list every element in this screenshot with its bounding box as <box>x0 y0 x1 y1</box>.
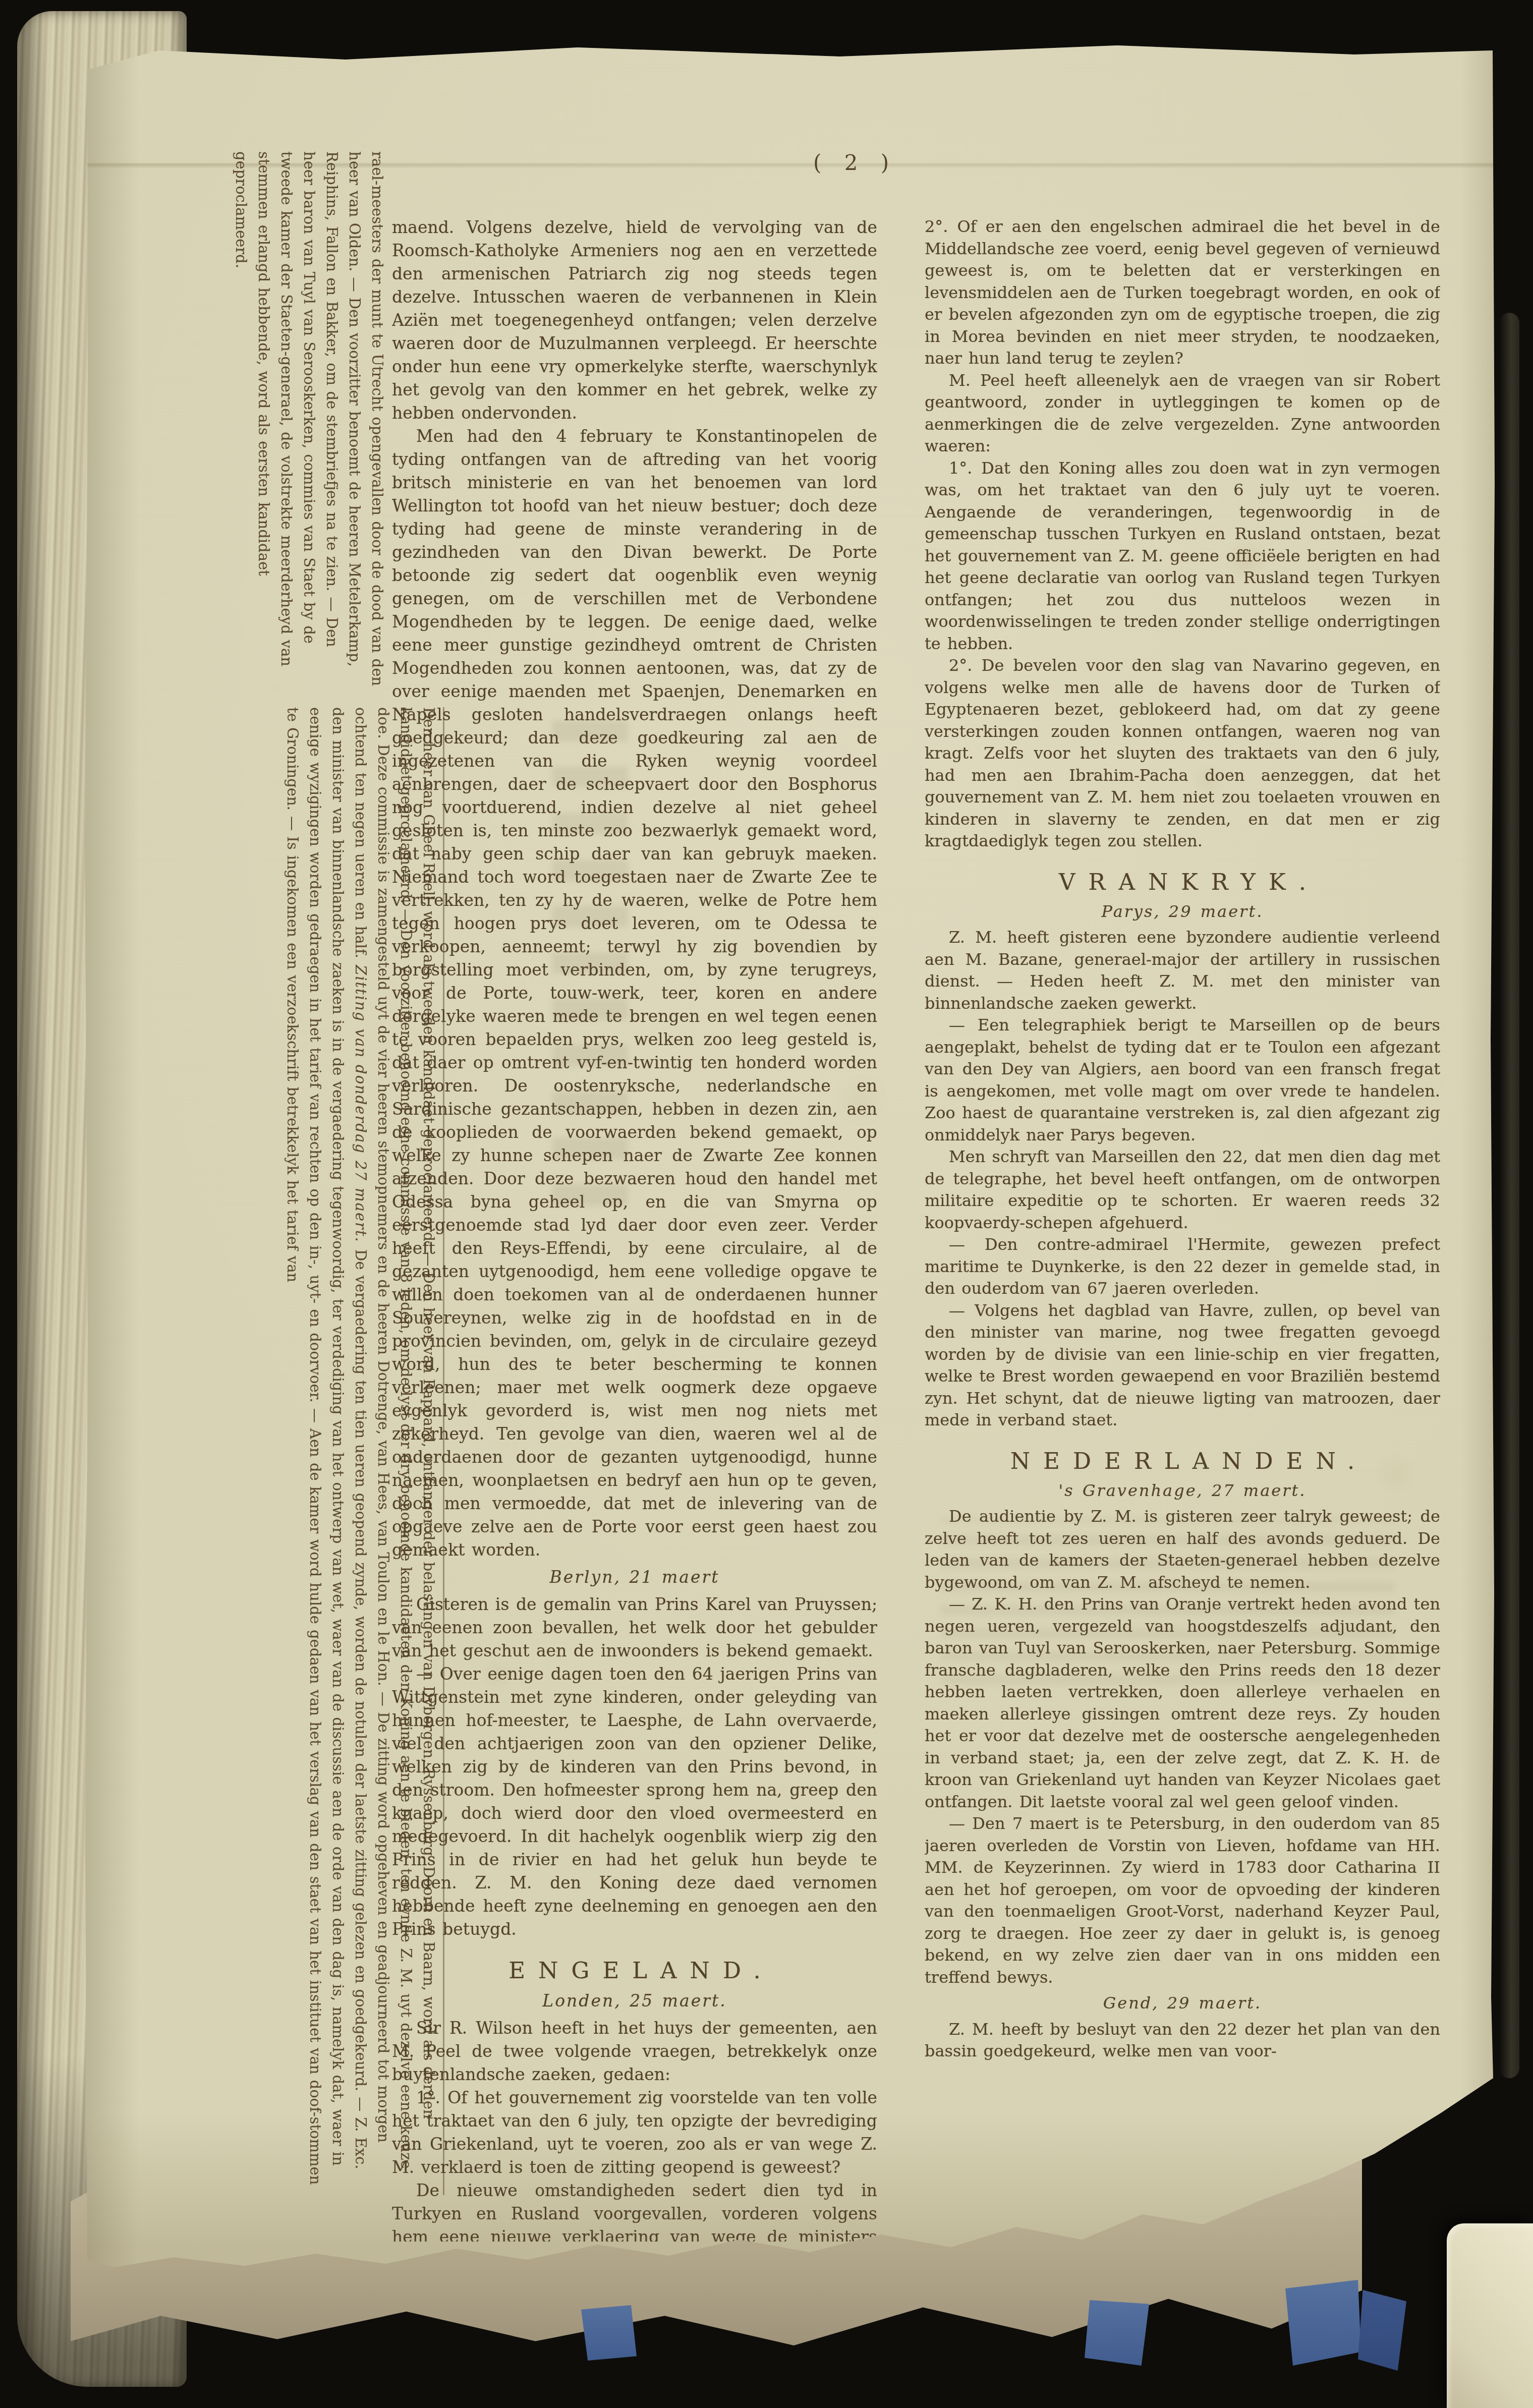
paragraph: — Een telegraphiek berigt te Marseillen … <box>925 1014 1440 1146</box>
blue-paper-scrap <box>1085 2300 1149 2366</box>
paragraph: maend. Volgens dezelve, hield de vervolg… <box>392 216 877 425</box>
section-heading: NEDERLANDEN. <box>925 1447 1440 1476</box>
margin-note-paragraph: Is ingekomen een verzoekschrift betrekke… <box>284 811 301 1282</box>
paragraph: M. Peel heeft alleenelyk aen de vraegen … <box>925 370 1440 457</box>
margin-note-heading: Zitting van donderdag 27 maert. <box>352 958 369 1249</box>
text-column-left: maend. Volgens dezelve, hield de vervolg… <box>392 216 877 2242</box>
underlying-page-corner <box>1447 2223 1533 2408</box>
margin-annotation-upper: rael-meesters der munt te Utrecht openge… <box>221 151 388 686</box>
dateline: 's Gravenhage, 27 maert. <box>925 1480 1440 1502</box>
section-heading: VRANKRYK. <box>925 868 1440 897</box>
paragraph: — Z. K. H. den Prins van Oranje vertrekt… <box>925 1593 1440 1813</box>
paragraph: Sir R. Wilson heeft in het huys der geme… <box>392 2017 877 2086</box>
newspaper-page: ( 2 ) rael-meesters der munt te Utrecht … <box>83 30 1496 2270</box>
blue-paper-scrap <box>581 2305 637 2361</box>
blue-paper-scrap <box>1358 2290 1406 2371</box>
blue-paper-scrap <box>1285 2280 1361 2366</box>
paragraph: De audientie by Z. M. is gisteren zeer t… <box>925 1506 1440 1593</box>
section-heading: ENGELAND. <box>392 1956 877 1985</box>
text-column-right: 2°. Of er aen den engelschen admirael di… <box>925 216 1440 2242</box>
dateline: Gend, 29 maert. <box>925 1992 1440 2015</box>
paragraph: — Den contre-admirael l'Hermite, gewezen… <box>925 1234 1440 1300</box>
dateline: Parys, 29 maert. <box>925 901 1440 923</box>
scanned-newspaper-photo: { "page": { "folio_number": "( 2 )" }, "… <box>0 0 1533 2408</box>
paragraph: Men schryft van Marseillen den 22, dat m… <box>925 1146 1440 1234</box>
paragraph: Men had den 4 february te Konstantinopel… <box>392 425 877 1562</box>
paragraph: De nieuwe omstandigheden sedert dien tyd… <box>392 2179 877 2242</box>
paragraph: 2°. De bevelen voor den slag van Navarin… <box>925 655 1440 852</box>
paragraph: Z. M. heeft by besluyt van den 22 dezer … <box>925 2019 1440 2062</box>
paragraph: 1°. Of het gouvernement zig voorstelde v… <box>392 2086 877 2179</box>
paragraph: Z. M. heeft gisteren eene byzondere audi… <box>925 927 1440 1014</box>
right-page-edge <box>1499 313 1519 2078</box>
margin-note-paragraph: De vergaedering ten tien ueren geopend z… <box>352 1249 369 2091</box>
page-number: ( 2 ) <box>769 150 941 175</box>
paragraph: — Den 7 maert is te Petersburg, in den o… <box>925 1813 1440 1988</box>
paragraph: Gisteren is de gemalin van Prins Karel v… <box>392 1593 877 1662</box>
paragraph: — Volgens het dagblad van Havre, zullen,… <box>925 1300 1440 1431</box>
dateline: Londen, 25 maert. <box>392 1989 877 2013</box>
dateline: Berlyn, 21 maert <box>392 1566 877 1589</box>
paragraph: 1°. Dat den Koning alles zou doen wat in… <box>925 457 1440 655</box>
paragraph: 2°. Of er aen den engelschen admirael di… <box>925 216 1440 370</box>
paragraph: — Over eenige dagen toen den 64 jaerigen… <box>392 1662 877 1941</box>
